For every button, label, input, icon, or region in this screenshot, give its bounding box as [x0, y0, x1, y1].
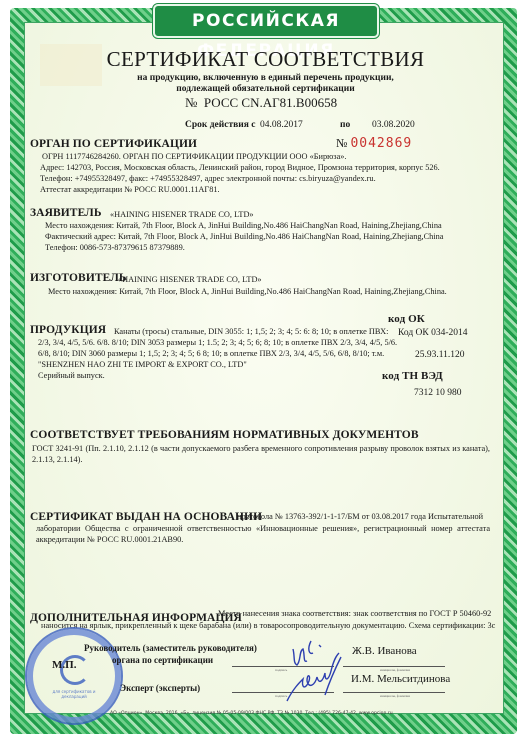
- printer-footer: АО «Опцион», Москва, 2016, «Б», лицензия…: [110, 711, 393, 716]
- valid-from: 04.08.2017: [260, 120, 303, 130]
- blank-number-sign: №: [336, 136, 347, 150]
- validity-label: Срок действия с: [185, 120, 255, 130]
- number-sign: №: [185, 95, 197, 110]
- seal-center-text: для сертификатов и деклараций: [47, 689, 101, 699]
- cert-body-line: Телефон: +74955328497, факс: +7495532849…: [40, 174, 376, 183]
- product-line: 2/3, 3/4, 4/5, 5/6. 6/8. 8/10; DIN 3053 …: [38, 338, 397, 347]
- certificate-number-value: РОСС CN.АГ81.В00658: [204, 95, 337, 110]
- cert-body-line: ОГРН 1117746284260. ОРГАН ПО СЕРТИФИКАЦИ…: [42, 152, 346, 161]
- tnved-heading: код ТН ВЭД: [382, 370, 443, 382]
- manufacturer-heading: ИЗГОТОВИТЕЛЬ: [30, 272, 127, 284]
- compliance-heading: СООТВЕТСТВУЕТ ТРЕБОВАНИЯМ НОРМАТИВНЫХ ДО…: [30, 429, 419, 441]
- basis-heading: СЕРТИФИКАТ ВЫДАН НА ОСНОВАНИИ: [30, 511, 262, 523]
- blank-number: № 0042869: [336, 136, 412, 151]
- cert-body-line: Аттестат аккредитации № РОСС RU.0001.11А…: [40, 185, 220, 194]
- applicant-line: Место нахождения: Китай, 7th Floor, Bloc…: [45, 221, 442, 230]
- head-name-caption: инициалы, фамилия: [380, 668, 410, 672]
- certificate-title: СЕРТИФИКАТ СООТВЕТСТВИЯ: [0, 47, 531, 72]
- head-label-1: Руководитель (заместитель руководителя): [84, 643, 257, 653]
- product-line: Канаты (тросы) стальные, DIN 3055: 1; 1,…: [114, 327, 388, 336]
- tnved-value: 7312 10 980: [414, 388, 462, 398]
- handwritten-signature-icon: [285, 635, 345, 705]
- expert-name-line: [343, 692, 445, 693]
- additional-first-line: Место нанесения знака соответствия: знак…: [218, 609, 491, 618]
- certification-body-heading: ОРГАН ПО СЕРТИФИКАЦИИ: [30, 138, 197, 150]
- applicant-line: Телефон: 0086-573-87379615 87379889.: [45, 243, 185, 252]
- validity-to-label: по: [340, 120, 350, 130]
- ok-code-heading: код ОК: [388, 313, 425, 325]
- basis-text: лаборатории Общества с ограниченной отве…: [36, 523, 490, 545]
- product-line: "SHENZHEN HAO ZHI TE IMPORT & EXPORT CO.…: [38, 360, 247, 369]
- blank-number-value: 0042869: [350, 136, 412, 151]
- stamp-label: М.П.: [52, 659, 76, 671]
- additional-second-line: наносится на ярлык, прикрепленный к щеке…: [41, 621, 495, 630]
- head-name: Ж.В. Иванова: [352, 645, 417, 657]
- product-line: Серийный выпуск.: [38, 371, 105, 380]
- subtitle-line-1: на продукцию, включенную в единый перече…: [0, 73, 531, 83]
- product-line: 6/8, 8/10; DIN 3060 размеры 1; 1,5; 2; 3…: [38, 349, 384, 358]
- applicant-name: «HAINING HISENER TRADE CO, LTD»: [110, 210, 254, 219]
- head-label-2: органа по сертификации: [112, 655, 213, 665]
- applicant-line: Фактический адрес: Китай, 7th Floor, Blo…: [45, 232, 443, 241]
- valid-to: 03.08.2020: [372, 120, 415, 130]
- compliance-text: ГОСТ 3241-91 (Пп. 2.1.10, 2.1.12 (в част…: [32, 443, 490, 465]
- head-name-line: [343, 666, 445, 667]
- certificate-number: № РОСС CN.АГ81.В00658: [185, 95, 337, 111]
- expert-name-caption: инициалы, фамилия: [380, 694, 410, 698]
- ok-code-value: 25.93.11.120: [415, 350, 465, 360]
- country-banner: РОССИЙСКАЯ ФЕДЕРАЦИЯ: [153, 4, 379, 38]
- applicant-heading: ЗАЯВИТЕЛЬ: [30, 207, 102, 219]
- product-heading: ПРОДУКЦИЯ: [30, 324, 106, 336]
- manufacturer-line: Место нахождения: Китай, 7th Floor, Bloc…: [48, 287, 447, 296]
- subtitle-line-2: подлежащей обязательной сертификации: [0, 84, 531, 94]
- seal-stamp: для сертификатов и деклараций: [25, 627, 123, 725]
- ok-code-label: Код ОК 034-2014: [398, 328, 468, 338]
- expert-name: И.М. Мельситдинова: [351, 673, 450, 685]
- manufacturer-name: «HAINING HISENER TRADE CO, LTD»: [118, 275, 262, 284]
- cert-body-line: Адрес: 142703, Россия, Московская област…: [40, 163, 440, 172]
- expert-label: Эксперт (эксперты): [120, 683, 200, 693]
- basis-first-line: протокола № 13763-392/1-1-17/БМ от 03.08…: [237, 512, 483, 521]
